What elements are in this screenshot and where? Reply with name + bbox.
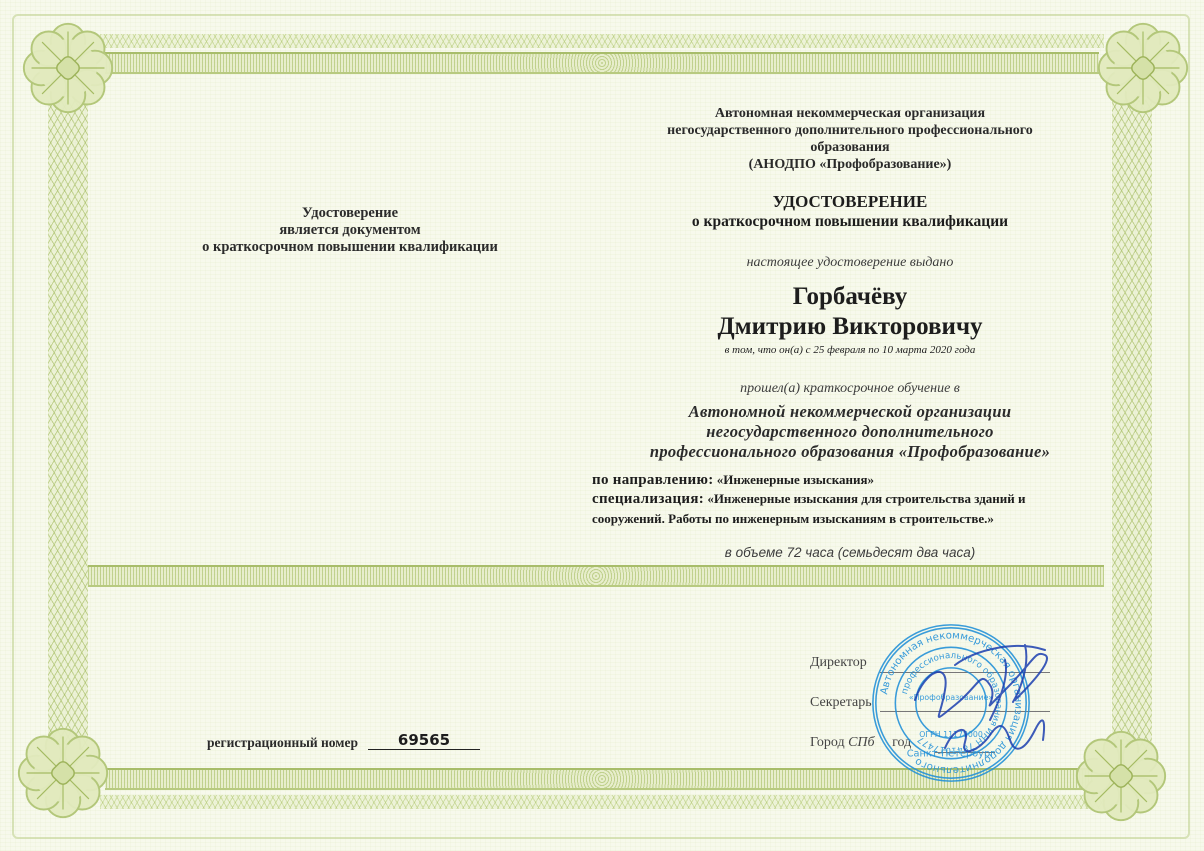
specialization-field: специализация: «Инженерные изыскания для… <box>592 489 1062 528</box>
completed-training-label: прошел(а) краткосрочное обучение в <box>620 381 1080 397</box>
specialization-label: специализация: <box>592 491 704 507</box>
institution-line: профессионального образования «Профобраз… <box>600 442 1100 462</box>
middle-guilloche-band <box>88 565 1104 587</box>
city-label: Город <box>810 735 845 750</box>
institution-line: негосударственного дополнительного <box>600 422 1100 442</box>
document-title: УДОСТОВЕРЕНИЕ <box>620 192 1080 212</box>
registration-number: 69565 <box>368 731 480 750</box>
org-header-line: образования <box>620 139 1080 156</box>
certificate-purpose-note: Удостоверение является документом о крат… <box>160 205 540 256</box>
org-header-line: (АНОДПО «Профобразование») <box>620 156 1080 173</box>
rosette-bottom-left-icon <box>15 725 111 821</box>
right-guilloche-band <box>1112 100 1152 751</box>
secretary-label: Секретарь <box>810 695 872 711</box>
note-line: является документом <box>160 222 540 239</box>
bottom-guilloche-band-outer <box>100 795 1104 809</box>
direction-field: по направлению: «Инженерные изыскания» <box>592 470 874 490</box>
training-volume: в объеме 72 часа (семьдесят два часа) <box>620 545 1080 560</box>
handwritten-signature <box>895 630 1070 760</box>
note-line: о краткосрочном повышении квалификации <box>160 239 540 256</box>
institution-name: Автономной некоммерческой организации не… <box>600 402 1100 462</box>
recipient-surname: Горбачёву <box>620 282 1080 312</box>
issued-to-label: настоящее удостоверение выдано <box>620 255 1080 271</box>
institution-line: Автономной некоммерческой организации <box>600 402 1100 422</box>
rosette-top-right-icon <box>1095 20 1191 116</box>
training-period: в том, что он(а) с 25 февраля по 10 март… <box>620 344 1080 356</box>
document-subtitle: о краткосрочном повышении квалификации <box>620 212 1080 231</box>
registration-label: регистрационный номер <box>207 735 358 751</box>
recipient-given-names: Дмитрию Викторовичу <box>620 312 1080 342</box>
director-label: Директор <box>810 655 867 671</box>
org-header-line: негосударственного дополнительного профе… <box>620 122 1080 139</box>
note-line: Удостоверение <box>160 205 540 222</box>
org-header-line: Автономная некоммерческая организация <box>620 105 1080 122</box>
left-guilloche-band <box>48 100 88 751</box>
top-guilloche-band <box>105 52 1099 74</box>
rosette-bottom-right-icon <box>1073 728 1169 824</box>
rosette-top-left-icon <box>20 20 116 116</box>
direction-label: по направлению: <box>592 472 714 488</box>
direction-value: «Инженерные изыскания» <box>717 472 874 487</box>
organization-header: Автономная некоммерческая организация не… <box>620 105 1080 173</box>
top-guilloche-band-outer <box>100 34 1104 48</box>
